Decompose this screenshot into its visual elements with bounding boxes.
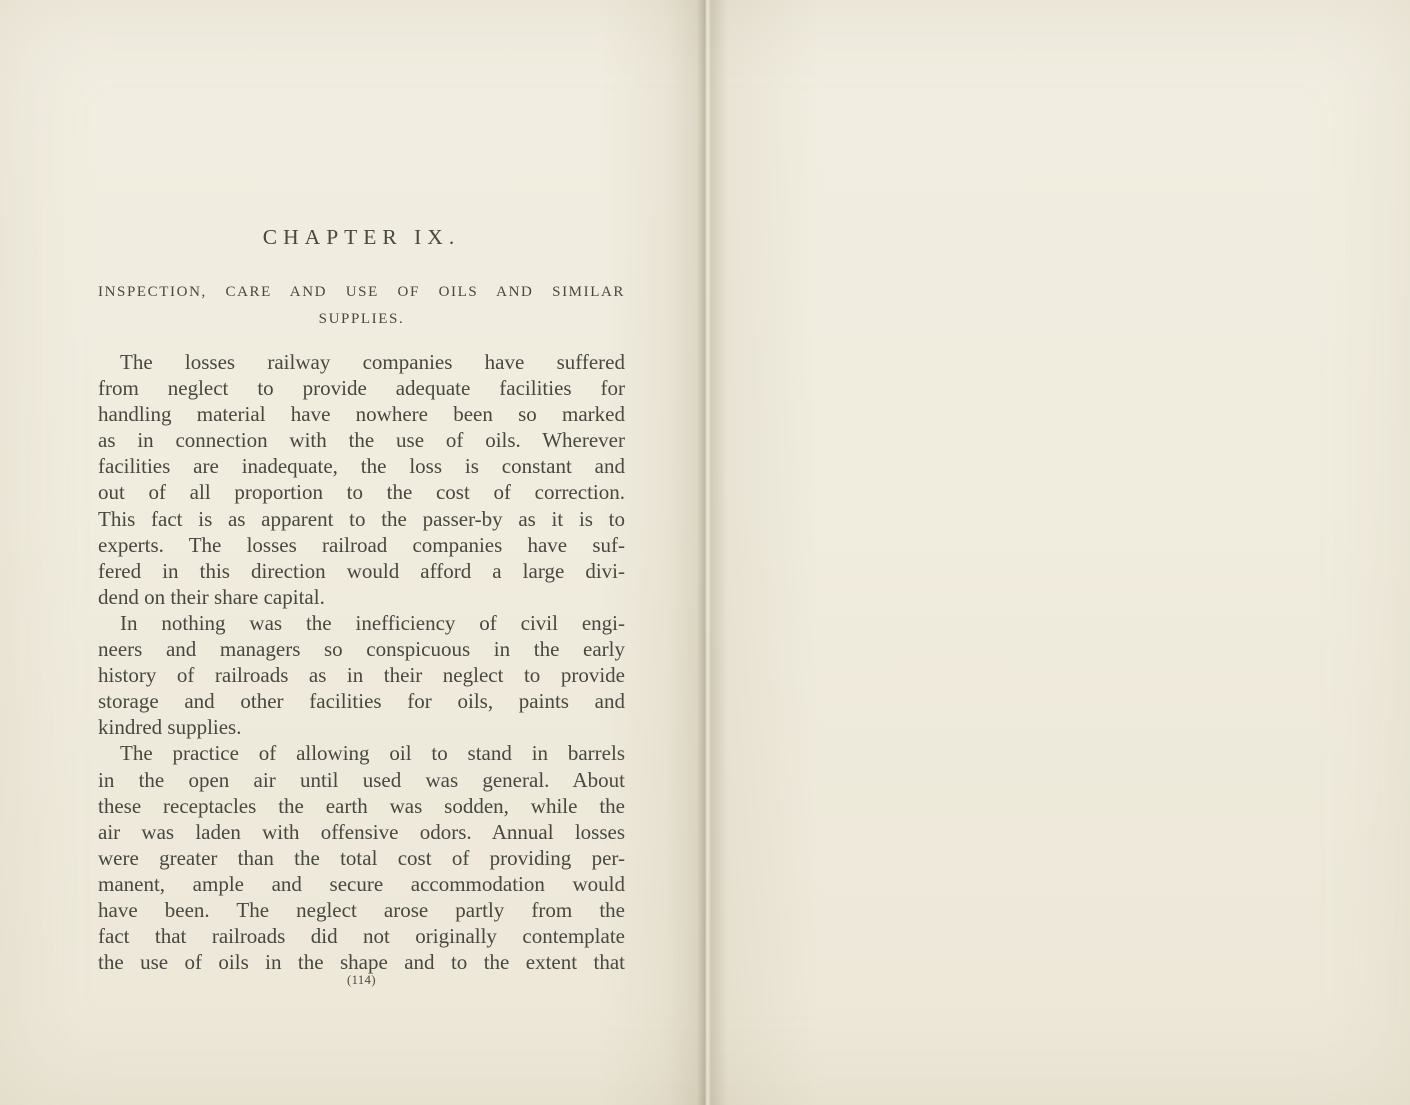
chapter-heading: CHAPTER IX.	[98, 224, 625, 250]
text-line: were greater than the total cost of prov…	[98, 845, 625, 871]
text-line: air was laden with offensive odors. Annu…	[98, 819, 625, 845]
section-heading: INSPECTION, CARE AND USE OF OILS AND SIM…	[98, 279, 625, 333]
text-line: The practice of allowing oil to stand in…	[98, 740, 625, 766]
text-line: kindred supplies.	[98, 714, 625, 740]
text-line: out of all proportion to the cost of cor…	[98, 479, 625, 505]
text-line: facilities are inadequate, the loss is c…	[98, 453, 625, 479]
section-heading-line: INSPECTION, CARE AND USE OF OILS AND SIM…	[98, 279, 625, 306]
text-line: these receptacles the earth was sodden, …	[98, 793, 625, 819]
text-line: neers and managers so conspicuous in the…	[98, 636, 625, 662]
paragraph: In nothing was the inefficiency of civil…	[98, 610, 625, 740]
text-line: fered in this direction would afford a l…	[98, 558, 625, 584]
text-line: fact that railroads did not originally c…	[98, 923, 625, 949]
text-line: history of railroads as in their neglect…	[98, 662, 625, 688]
text-line: as in connection with the use of oils. W…	[98, 427, 625, 453]
text-line: have been. The neglect arose partly from…	[98, 897, 625, 923]
text-line: experts. The losses railroad companies h…	[98, 532, 625, 558]
section-heading-line: SUPPLIES.	[98, 306, 625, 333]
text-line: handling material have nowhere been so m…	[98, 401, 625, 427]
text-line: This fact is as apparent to the passer-b…	[98, 506, 625, 532]
book-spread: CHAPTER IX. INSPECTION, CARE AND USE OF …	[0, 0, 1410, 1105]
page-number-left-folio: (114)	[98, 973, 625, 988]
text-line: in the open air until used was general. …	[98, 767, 625, 793]
text-line: manent, ample and secure accommodation w…	[98, 871, 625, 897]
text-line: dend on their share capital.	[98, 584, 625, 610]
page-left: CHAPTER IX. INSPECTION, CARE AND USE OF …	[0, 0, 700, 1105]
text-line: storage and other facilities for oils, p…	[98, 688, 625, 714]
text-line: from neglect to provide adequate facilit…	[98, 375, 625, 401]
text-line: In nothing was the inefficiency of civil…	[98, 610, 625, 636]
left-page-body: The losses railway companies have suffer…	[98, 349, 625, 975]
paragraph: The practice of allowing oil to stand in…	[98, 740, 625, 975]
paragraph: The losses railway companies have suffer…	[98, 349, 625, 610]
text-line: The losses railway companies have suffer…	[98, 349, 625, 375]
text-line: the use of oils in the shape and to the …	[98, 949, 625, 975]
page-right: CARE AND USE OF OILS, ETC. 115 they subs…	[710, 0, 1410, 1105]
